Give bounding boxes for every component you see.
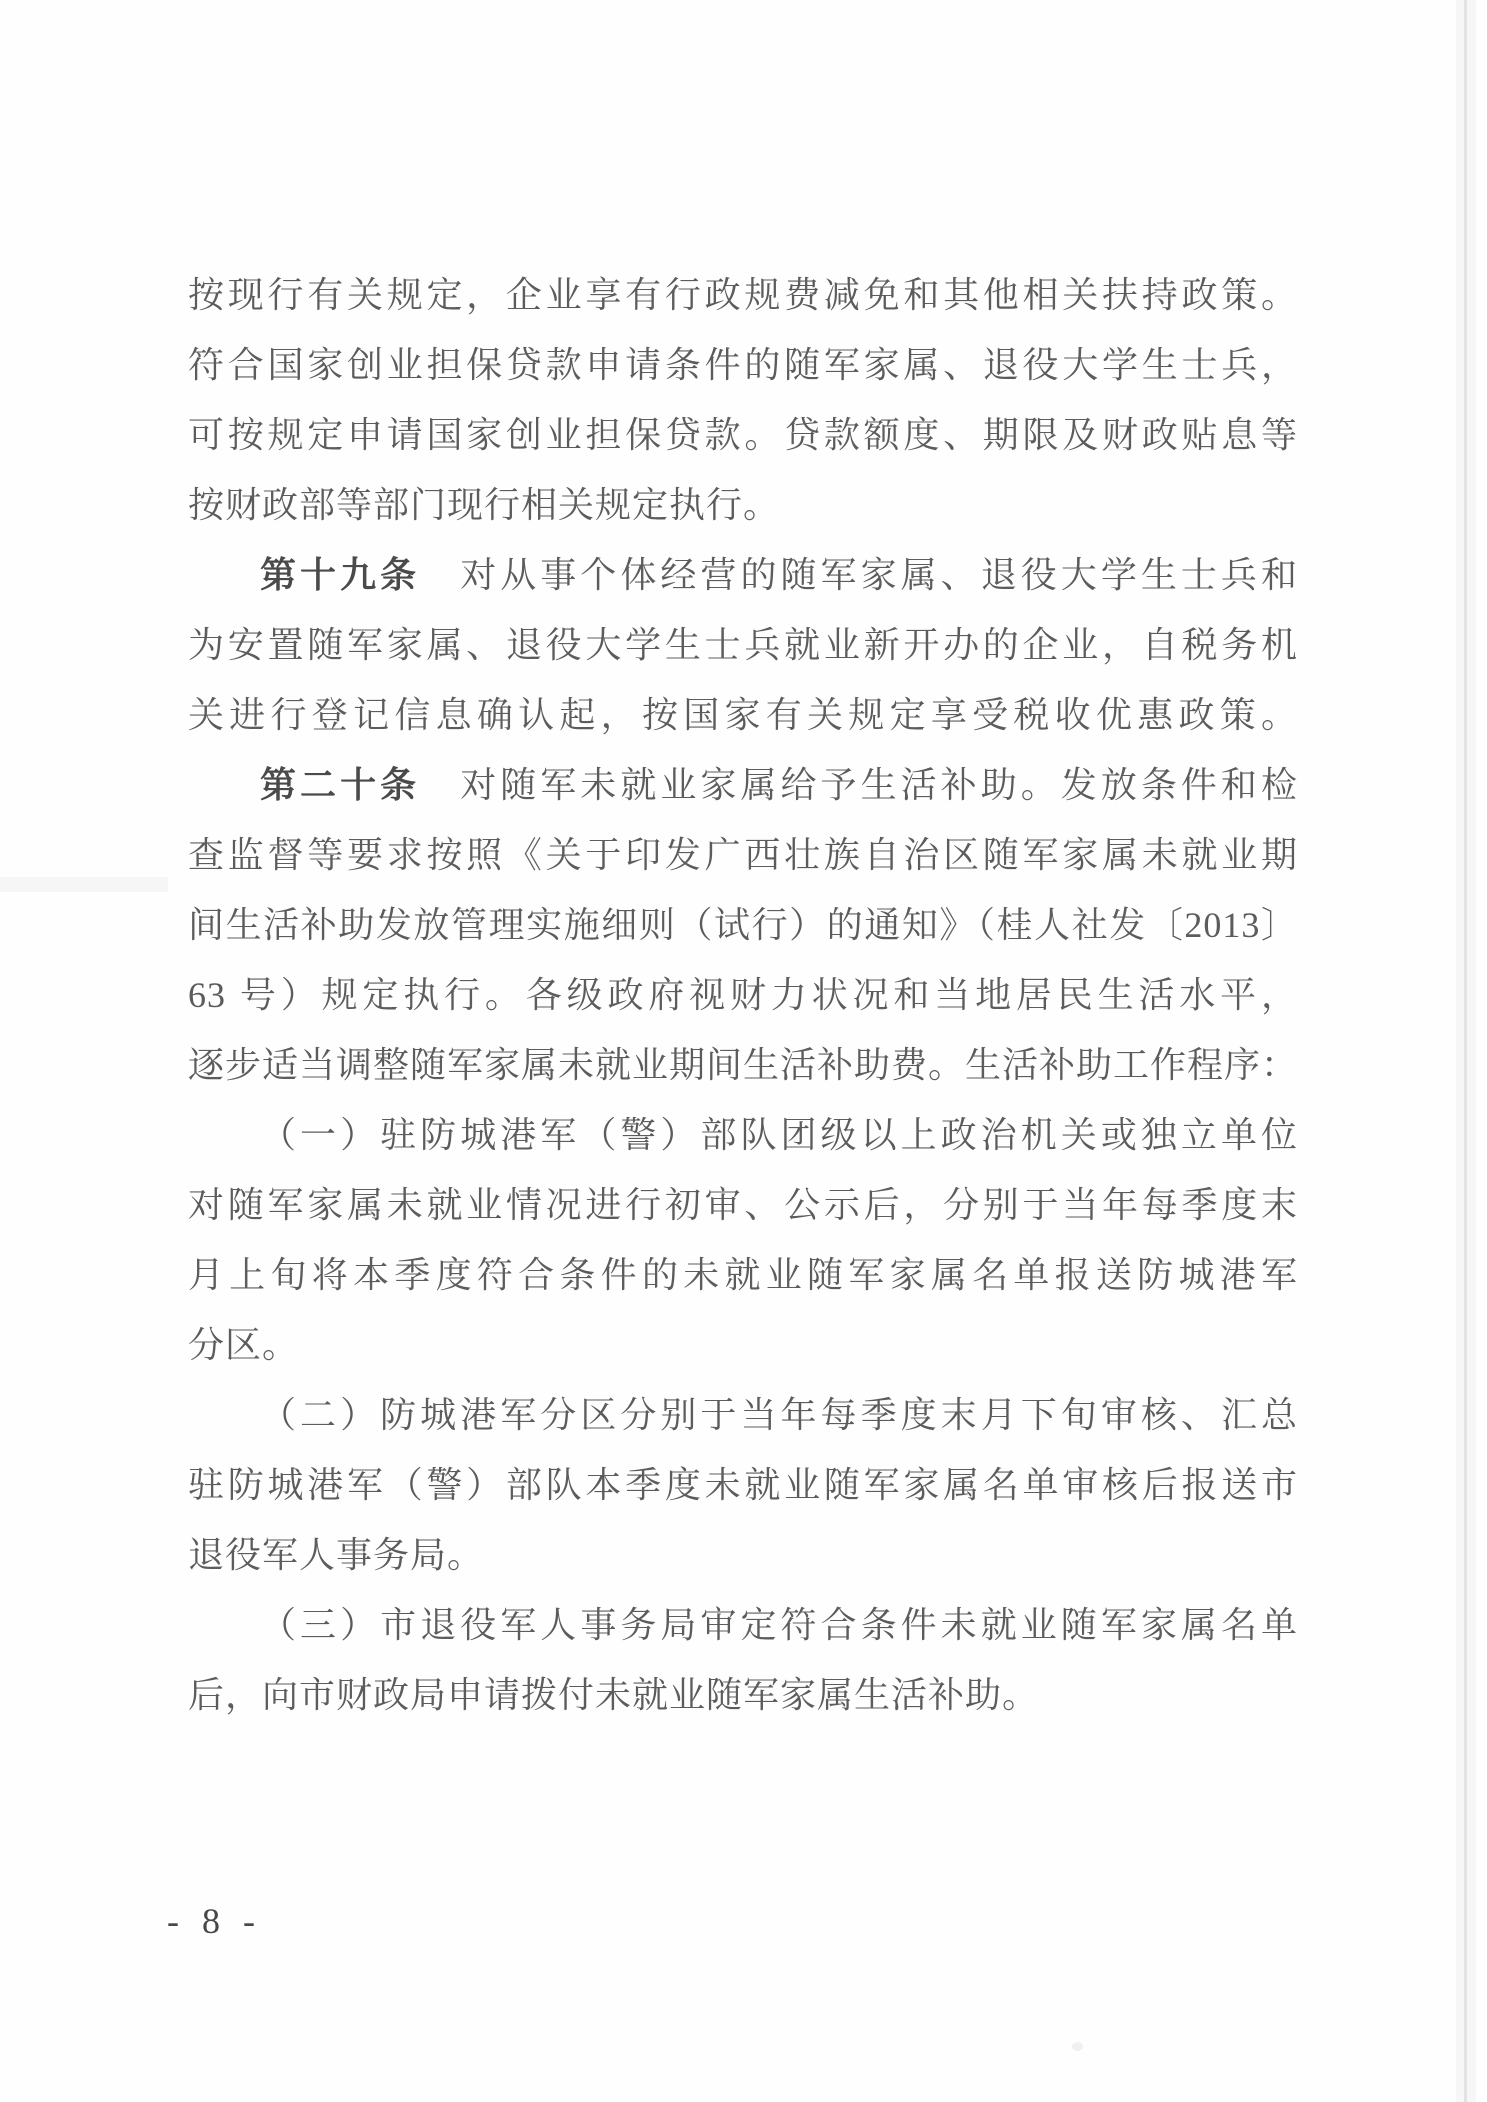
paragraph-item-1: （一）驻防城港军（警）部队团级以上政治机关或独立单位对随军家属未就业情况进行初审… xyxy=(188,1100,1298,1380)
paragraph-article-20: 第二十条 对随军未就业家属给予生活补助。发放条件和检查监督等要求按照《关于印发广… xyxy=(188,750,1298,1100)
text-line: （三）市退役军人事务局审定符合条件未就业随军家属名单 xyxy=(188,1590,1298,1660)
text-line: 查监督等要求按照《关于印发广西壮族自治区随军家属未就业期 xyxy=(188,820,1298,890)
scan-artifact-speck xyxy=(1072,2042,1083,2051)
text-line: 月上旬将本季度符合条件的未就业随军家属名单报送防城港军 xyxy=(188,1240,1298,1310)
paragraph-item-2: （二）防城港军分区分别于当年每季度末月下旬审核、汇总驻防城港军（警）部队本季度未… xyxy=(188,1380,1298,1590)
text-line: 按现行有关规定，企业享有行政规费减免和其他相关扶持政策。 xyxy=(188,260,1298,330)
article-number: 第二十条 xyxy=(260,765,420,805)
text-line: 第二十条 对随军未就业家属给予生活补助。发放条件和检 xyxy=(188,750,1298,820)
text-line: 按财政部等部门现行相关规定执行。 xyxy=(188,470,1298,540)
text-line: 间生活补助发放管理实施细则（试行）的通知》（桂人社发〔2013〕 xyxy=(188,890,1298,960)
text-line: 逐步适当调整随军家属未就业期间生活补助费。生活补助工作程序： xyxy=(188,1030,1298,1100)
document-page: 按现行有关规定，企业享有行政规费减免和其他相关扶持政策。符合国家创业担保贷款申请… xyxy=(0,0,1487,2102)
text-line: （一）驻防城港军（警）部队团级以上政治机关或独立单位 xyxy=(188,1100,1298,1170)
text-line: 63 号）规定执行。各级政府视财力状况和当地居民生活水平， xyxy=(188,960,1298,1030)
text-line: 为安置随军家属、退役大学生士兵就业新开办的企业，自税务机 xyxy=(188,610,1298,680)
article-number: 第十九条 xyxy=(260,555,420,595)
document-body: 按现行有关规定，企业享有行政规费减免和其他相关扶持政策。符合国家创业担保贷款申请… xyxy=(188,260,1298,1730)
text-line: 关进行登记信息确认起，按国家有关规定享受税收优惠政策。 xyxy=(188,680,1298,750)
text-line: （二）防城港军分区分别于当年每季度末月下旬审核、汇总 xyxy=(188,1380,1298,1450)
scan-artifact-left-band xyxy=(0,877,168,892)
text-line: 退役军人事务局。 xyxy=(188,1520,1298,1590)
scan-artifact-right-edge-line xyxy=(1464,0,1467,2102)
paragraph-item-3: （三）市退役军人事务局审定符合条件未就业随军家属名单后，向市财政局申请拨付未就业… xyxy=(188,1590,1298,1730)
text-line: 分区。 xyxy=(188,1310,1298,1380)
text-line: 第十九条 对从事个体经营的随军家属、退役大学生士兵和 xyxy=(188,540,1298,610)
text-line: 符合国家创业担保贷款申请条件的随军家属、退役大学生士兵， xyxy=(188,330,1298,400)
text-line: 后，向市财政局申请拨付未就业随军家属生活补助。 xyxy=(188,1660,1298,1730)
text-line: 可按规定申请国家创业担保贷款。贷款额度、期限及财政贴息等 xyxy=(188,400,1298,470)
text-line: 驻防城港军（警）部队本季度未就业随军家属名单审核后报送市 xyxy=(188,1450,1298,1520)
paragraph-article-19: 第十九条 对从事个体经营的随军家属、退役大学生士兵和为安置随军家属、退役大学生士… xyxy=(188,540,1298,750)
paragraph-continuation: 按现行有关规定，企业享有行政规费减免和其他相关扶持政策。符合国家创业担保贷款申请… xyxy=(188,260,1298,540)
page-number: - 8 - xyxy=(167,1901,262,1941)
text-line: 对随军家属未就业情况进行初审、公示后，分别于当年每季度末 xyxy=(188,1170,1298,1240)
